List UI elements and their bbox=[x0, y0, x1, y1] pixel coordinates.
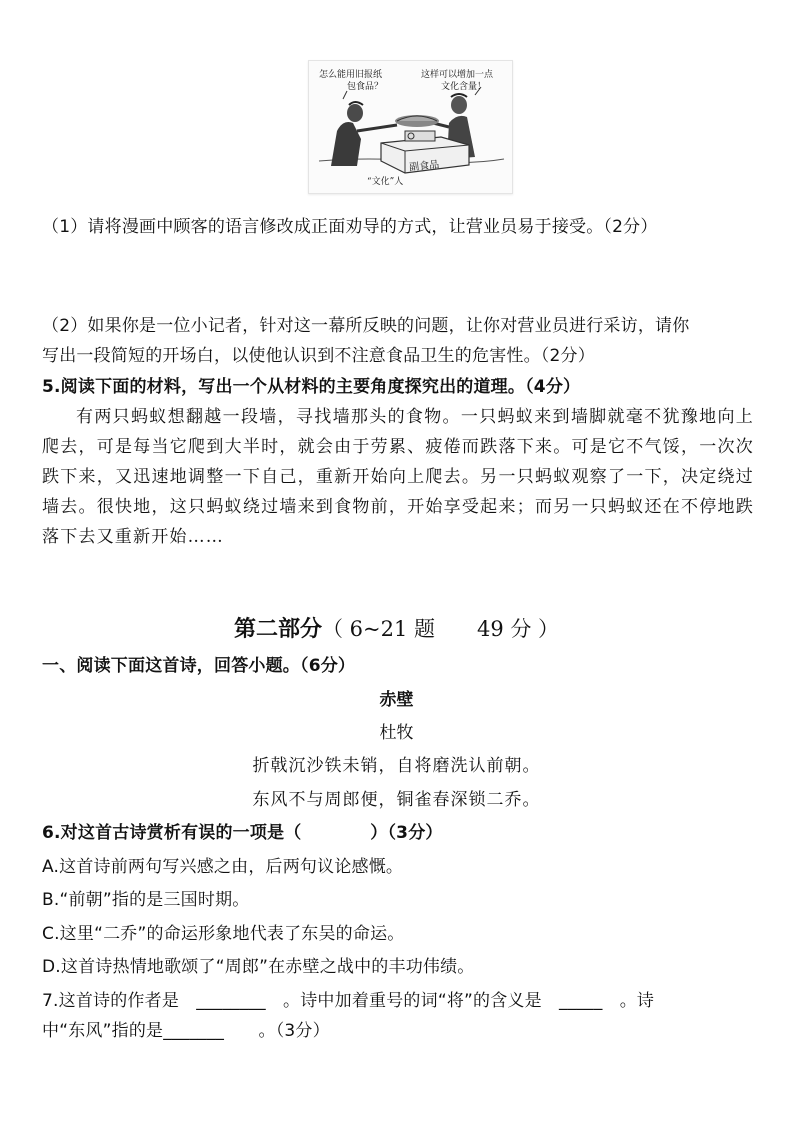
q5-prompt: 5.阅读下面的材料，写出一个从材料的主要角度探究出的道理。（4分） bbox=[42, 372, 580, 397]
customer-speech-bubble: 怎么能用旧报纸 包食品？ bbox=[319, 69, 383, 93]
poem-author: 杜牧 bbox=[0, 718, 793, 743]
q7-line1: 7.这首诗的作者是 ________ 。诗中加着重号的词“将”的含义是 ____… bbox=[42, 986, 654, 1011]
clerk-bubble-line2: 文化含量！ bbox=[421, 81, 493, 93]
cartoon-image: 怎么能用旧报纸 包食品？ 这样可以增加一点 文化含量！ 副食品 “文化”人 bbox=[308, 60, 513, 194]
q4-sub1: （1）请将漫画中顾客的语言修改成正面劝导的方式，让营业员易于接受。（2分） bbox=[42, 212, 658, 237]
clerk-speech-bubble: 这样可以增加一点 文化含量！ bbox=[421, 69, 493, 93]
poem-line-1: 折戟沉沙铁未销，自将磨洗认前朝。 bbox=[0, 751, 793, 776]
q4-sub2-line2: 写出一段简短的开场白，以使他认识到不注意食品卫生的危害性。（2分） bbox=[42, 341, 595, 366]
section1-heading: 一、阅读下面这首诗，回答小题。（6分） bbox=[42, 651, 355, 676]
box-label: 副食品 bbox=[408, 155, 439, 173]
q6-prompt: 6.对这首古诗赏析有误的一项是（ ）（3分） bbox=[42, 818, 443, 843]
customer-bubble-line1: 怎么能用旧报纸 bbox=[319, 69, 383, 81]
poem-line-2: 东风不与周郎便，铜雀春深锁二乔。 bbox=[0, 785, 793, 810]
cartoon-caption: “文化”人 bbox=[367, 174, 403, 187]
q5-passage: 有两只蚂蚁想翻越一段墙，寻找墙那头的食物。一只蚂蚁来到墙脚就毫不犹豫地向上爬去，… bbox=[42, 402, 754, 552]
q4-sub2-line1: （2）如果你是一位小记者，针对这一幕所反映的问题，让你对营业员进行采访，请你 bbox=[42, 311, 689, 336]
q6-option-a: A.这首诗前两句写兴感之由，后两句议论感慨。 bbox=[42, 852, 403, 877]
clerk-bubble-line1: 这样可以增加一点 bbox=[421, 69, 493, 81]
customer-bubble-line2: 包食品？ bbox=[319, 81, 383, 93]
q6-option-b: B.“前朝”指的是三国时期。 bbox=[42, 885, 249, 910]
q5-passage-text: 有两只蚂蚁想翻越一段墙，寻找墙那头的食物。一只蚂蚁来到墙脚就毫不犹豫地向上爬去，… bbox=[42, 402, 754, 552]
part2-title-text: 第二部分 bbox=[234, 616, 322, 642]
part2-title: 第二部分（ 6~21 题 49 分 ） bbox=[0, 612, 793, 643]
poem-title: 赤壁 bbox=[0, 685, 793, 710]
q6-option-c: C.这里“二乔”的命运形象地代表了东吴的命运。 bbox=[42, 919, 405, 944]
q7-line2: 中“东风”指的是_______ 。（3分） bbox=[42, 1016, 330, 1041]
part2-range: （ 6~21 题 49 分 ） bbox=[322, 617, 559, 641]
q6-option-d: D.这首诗热情地歌颂了“周郎”在赤壁之战中的丰功伟绩。 bbox=[42, 952, 475, 977]
